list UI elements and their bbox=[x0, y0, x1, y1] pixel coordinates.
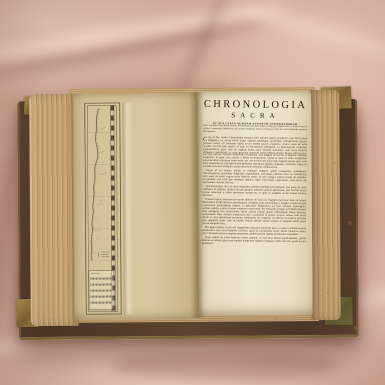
left-page: { bbox=[73, 93, 199, 320]
open-book: { bbox=[17, 85, 355, 337]
page-title: CHRONOLOGIA bbox=[204, 99, 308, 111]
letterpress-text-column: CHRONOLOGIA SACRA IN QUA CERTA QUÆDAM AN… bbox=[202, 99, 308, 248]
svg-text:{: { bbox=[97, 253, 99, 258]
fabric-fold bbox=[237, 0, 385, 68]
paragraph: Quandoquidem vero ea quae sequuntur plen… bbox=[202, 186, 306, 199]
paragraph: Quae autem de annis Iudicum dubia manent… bbox=[202, 237, 306, 247]
page-block-edge-left bbox=[29, 94, 79, 326]
right-page: CHRONOLOGIA SACRA IN QUA CERTA QUÆDAM AN… bbox=[197, 91, 313, 316]
page-block-fore-edge bbox=[309, 90, 341, 320]
fabric-fold bbox=[110, 350, 340, 380]
book-gutter bbox=[189, 92, 205, 318]
map-legend: { bbox=[97, 252, 109, 258]
photo-scene: { bbox=[0, 0, 385, 385]
page-subtitle: SACRA bbox=[203, 111, 307, 120]
body-text: Cum in hac nostra Chronologia tempora ta… bbox=[202, 137, 307, 248]
heading-argument-block: Ratio explicatur, qua Mundi creatio, Pat… bbox=[203, 125, 307, 135]
paragraph: Atque ut eo maiore studio in ordinem red… bbox=[203, 170, 307, 186]
map-plate-fold-crease bbox=[122, 102, 133, 314]
paragraph: Cum in hac nostra Chronologia tempora ta… bbox=[203, 137, 307, 171]
map-plate: { bbox=[84, 102, 135, 314]
paragraph: Primum igitur annorum sacrorum initium a… bbox=[202, 199, 306, 227]
map-scale-box bbox=[89, 271, 114, 310]
